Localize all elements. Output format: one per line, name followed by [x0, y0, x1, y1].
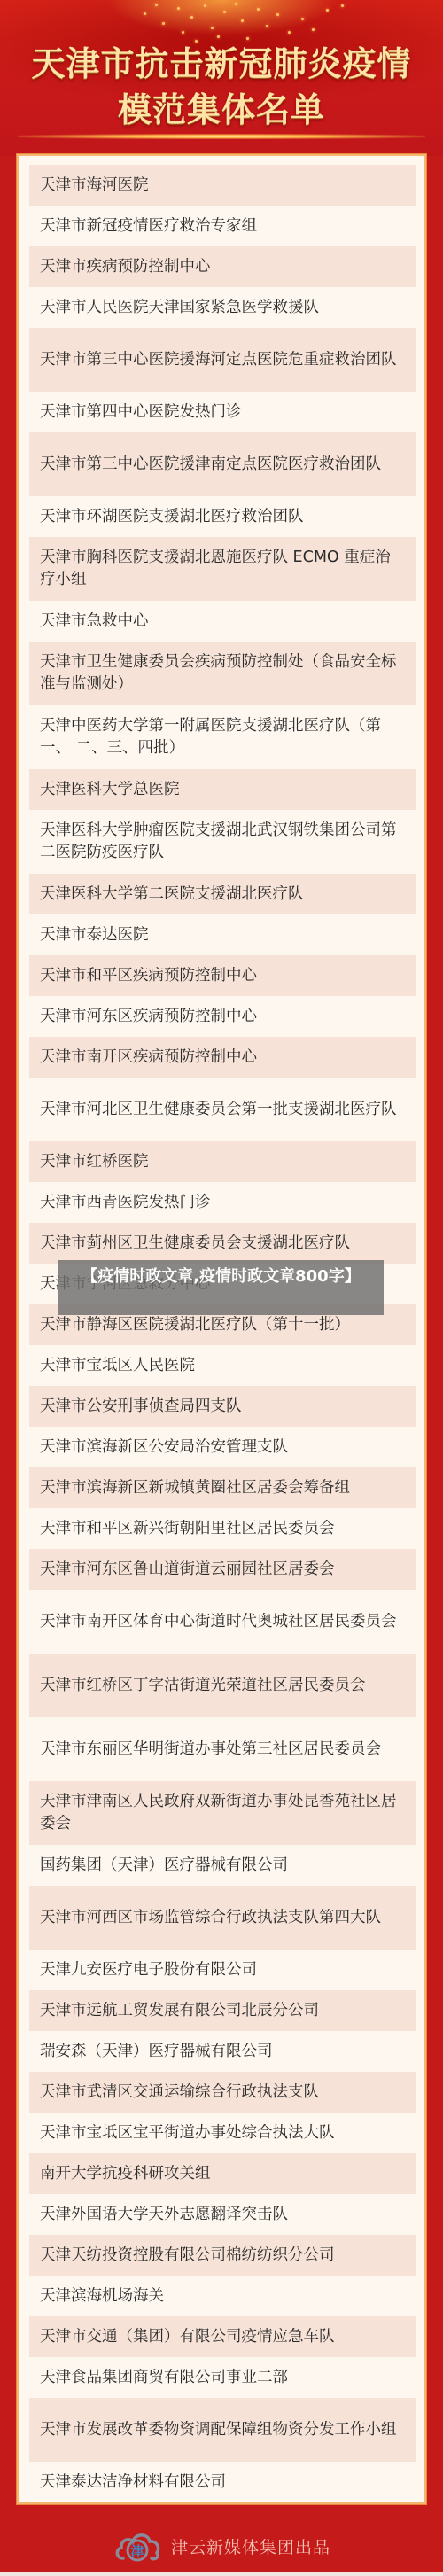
list-item-label: 天津市宝坻区宝平街道办事处综合执法大队 — [40, 2122, 335, 2144]
list-item-label: 天津市发展改革委物资调配保障组物资分发工作小组 — [40, 2419, 397, 2441]
list-item: 天津中医药大学第一附属医院支援湖北医疗队（第一、 二、三、四批） — [29, 705, 416, 769]
list-item-label: 天津九安医疗电子股份有限公司 — [40, 1959, 257, 1981]
list-item-label: 天津市人民医院天津国家紧急医学救援队 — [40, 297, 319, 319]
jinyun-cloud-logo-icon: 津 — [113, 2528, 162, 2565]
list-item-label: 天津医科大学肿瘤医院支援湖北武汉钢铁集团公司第二医院防疫医疗队 — [40, 820, 405, 864]
list-item: 天津食品集团商贸有限公司事业二部 — [29, 2357, 416, 2398]
list-item: 天津市和平区新兴街朝阳里社区居民委员会 — [29, 1508, 416, 1549]
list-item-label: 天津市远航工贸发展有限公司北辰分公司 — [40, 2000, 319, 2022]
list-item-label: 天津市新冠疫情医疗救治专家组 — [40, 215, 257, 237]
list-item: 天津市河东区疾病预防控制中心 — [29, 996, 416, 1037]
list-item-label: 天津市河东区鲁山道街道云丽园社区居委会 — [40, 1559, 335, 1581]
list-item-label: 南开大学抗疫科研攻关组 — [40, 2163, 211, 2185]
list-item-label: 天津市滨海新区公安局治安管理支队 — [40, 1436, 288, 1459]
list-item-label: 天津市和平区疾病预防控制中心 — [40, 965, 257, 987]
list-item-label: 天津市海河医院 — [40, 175, 149, 197]
header-banner: 天津市抗击新冠肺炎疫情 模范集体名单 — [0, 0, 443, 156]
list-item-label: 天津市疾病预防控制中心 — [40, 256, 211, 278]
list-item-label: 天津市河东区疾病预防控制中心 — [40, 1006, 257, 1028]
list-item-label: 天津市胸科医院支援湖北恩施医疗队 ECMO 重症治疗小组 — [40, 547, 405, 591]
list-item-label: 天津市河西区市场监管综合行政执法支队第四大队 — [40, 1907, 381, 1929]
list-item: 天津滨海机场海关 — [29, 2276, 416, 2316]
list-item: 天津市宝坻区人民医院 — [29, 1345, 416, 1386]
list-item-label: 天津食品集团商贸有限公司事业二部 — [40, 2367, 288, 2389]
honor-list-card: 天津市海河医院天津市新冠疫情医疗救治专家组天津市疾病预防控制中心天津市人民医院天… — [17, 154, 426, 2504]
list-item: 天津市新冠疫情医疗救治专家组 — [29, 206, 416, 246]
caption-overlay: 【疫情时政文章,疫情时政文章800字】 — [58, 1260, 384, 1315]
list-item-label: 天津市公安刑事侦查局四支队 — [40, 1396, 242, 1418]
list-item: 天津市环湖医院支援湖北医疗救治团队 — [29, 496, 416, 537]
list-item-label: 天津泰达洁净材料有限公司 — [40, 2471, 226, 2494]
list-item-label: 天津外国语大学天外志愿翻译突击队 — [40, 2204, 288, 2226]
list-item-label: 天津滨海机场海关 — [40, 2285, 164, 2308]
list-item: 天津市急救中心 — [29, 601, 416, 642]
page-title-line1: 天津市抗击新冠肺炎疫情 — [0, 43, 443, 85]
list-item-label: 天津市第三中心医院援津南定点医院医疗救治团队 — [40, 454, 381, 476]
list-item-label: 天津市红桥医院 — [40, 1151, 149, 1173]
list-item-label: 天津市卫生健康委员会疾病预防控制处（食品安全标准与监测处） — [40, 651, 405, 696]
list-item: 天津市武清区交通运输综合行政执法支队 — [29, 2072, 416, 2113]
list-item: 天津市东丽区华明街道办事处第三社区居民委员会 — [29, 1717, 416, 1781]
svg-text:津: 津 — [130, 2543, 144, 2559]
list-item: 天津市蓟州区卫生健康委员会支援湖北医疗队 — [29, 1223, 416, 1264]
list-item: 天津市河东区鲁山道街道云丽园社区居委会 — [29, 1549, 416, 1590]
list-item-label: 天津市和平区新兴街朝阳里社区居民委员会 — [40, 1518, 335, 1540]
title-divider — [18, 134, 425, 139]
list-item: 天津市交通（集团）有限公司疫情应急车队 — [29, 2316, 416, 2357]
list-item: 天津泰达洁净材料有限公司 — [29, 2462, 416, 2502]
publisher-credit: 津云新媒体集团出品 — [171, 2534, 330, 2558]
list-item-label: 天津市交通（集团）有限公司疫情应急车队 — [40, 2326, 335, 2348]
list-item: 天津市海河医院 — [29, 165, 416, 206]
list-item: 天津市人民医院天津国家紧急医学救援队 — [29, 287, 416, 328]
list-item: 天津市滨海新区公安局治安管理支队 — [29, 1427, 416, 1467]
list-item: 天津市南开区疾病预防控制中心 — [29, 1037, 416, 1078]
list-item: 天津市泰达医院 — [29, 914, 416, 955]
list-item-label: 天津市第三中心医院援海河定点医院危重症救治团队 — [40, 349, 397, 371]
footer: 津 津云新媒体集团出品 — [0, 2517, 443, 2576]
list-item: 天津市疾病预防控制中心 — [29, 246, 416, 287]
list-item: 天津市卫生健康委员会疾病预防控制处（食品安全标准与监测处） — [29, 642, 416, 705]
list-item-label: 天津市津南区人民政府双新街道办事处昆香苑社区居委会 — [40, 1791, 405, 1835]
list-item-label: 天津市宝坻区人民医院 — [40, 1355, 195, 1377]
list-item-label: 天津医科大学总医院 — [40, 779, 180, 801]
list-item: 国药集团（天津）医疗器械有限公司 — [29, 1845, 416, 1886]
list-item: 南开大学抗疫科研攻关组 — [29, 2153, 416, 2194]
list-item: 天津医科大学第二医院支援湖北医疗队 — [29, 874, 416, 914]
bottom-edge — [0, 2572, 443, 2576]
list-item-label: 天津市静海区医院援湖北医疗队（第十一批） — [40, 1314, 350, 1336]
list-item-label: 天津市河北区卫生健康委员会第一批支援湖北医疗队 — [40, 1099, 397, 1121]
list-item: 天津市第三中心医院援海河定点医院危重症救治团队 — [29, 328, 416, 392]
list-item: 天津市宝坻区宝平街道办事处综合执法大队 — [29, 2113, 416, 2153]
list-item: 天津外国语大学天外志愿翻译突击队 — [29, 2194, 416, 2235]
list-item: 天津市发展改革委物资调配保障组物资分发工作小组 — [29, 2398, 416, 2462]
list-item: 天津市红桥医院 — [29, 1141, 416, 1182]
list-item-label: 天津市西青医院发热门诊 — [40, 1192, 211, 1214]
list-item-label: 天津市红桥区丁字沽街道光荣道社区居民委员会 — [40, 1675, 366, 1697]
list-item-label: 天津天纺投资控股有限公司棉纺纺织分公司 — [40, 2245, 335, 2267]
list-item: 天津市西青医院发热门诊 — [29, 1182, 416, 1223]
list-item-label: 天津市南开区疾病预防控制中心 — [40, 1047, 257, 1069]
list-item: 天津市远航工贸发展有限公司北辰分公司 — [29, 1990, 416, 2031]
list-item-label: 天津市泰达医院 — [40, 924, 149, 946]
list-item: 天津市第三中心医院援津南定点医院医疗救治团队 — [29, 432, 416, 496]
list-item: 天津市公安刑事侦查局四支队 — [29, 1386, 416, 1427]
list-item-label: 天津市东丽区华明街道办事处第三社区居民委员会 — [40, 1739, 381, 1761]
list-item: 天津市滨海新区新城镇黄圈社区居委会筹备组 — [29, 1467, 416, 1508]
list-item-label: 天津市滨海新区新城镇黄圈社区居委会筹备组 — [40, 1477, 350, 1499]
list-item: 天津市胸科医院支援湖北恩施医疗队 ECMO 重症治疗小组 — [29, 537, 416, 601]
honor-list: 天津市海河医院天津市新冠疫情医疗救治专家组天津市疾病预防控制中心天津市人民医院天… — [29, 165, 416, 2502]
list-item: 天津市红桥区丁字沽街道光荣道社区居民委员会 — [29, 1654, 416, 1717]
list-item-label: 国药集团（天津）医疗器械有限公司 — [40, 1855, 288, 1877]
list-item-label: 天津市急救中心 — [40, 611, 149, 633]
page-title-line2: 模范集体名单 — [0, 89, 443, 131]
list-item: 天津九安医疗电子股份有限公司 — [29, 1950, 416, 1990]
list-item-label: 天津市南开区体育中心街道时代奥城社区居民委员会 — [40, 1611, 397, 1633]
list-item: 天津市津南区人民政府双新街道办事处昆香苑社区居委会 — [29, 1781, 416, 1845]
list-item-label: 天津市武清区交通运输综合行政执法支队 — [40, 2082, 319, 2104]
list-item: 天津医科大学总医院 — [29, 769, 416, 810]
list-item-label: 天津市蓟州区卫生健康委员会支援湖北医疗队 — [40, 1233, 350, 1255]
list-item-label: 天津市第四中心医院发热门诊 — [40, 401, 242, 424]
list-item: 天津天纺投资控股有限公司棉纺纺织分公司 — [29, 2235, 416, 2276]
list-item-label: 天津医科大学第二医院支援湖北医疗队 — [40, 883, 304, 906]
list-item-label: 瑞安森（天津）医疗器械有限公司 — [40, 2041, 273, 2063]
list-item: 天津市南开区体育中心街道时代奥城社区居民委员会 — [29, 1590, 416, 1654]
list-item: 天津市河北区卫生健康委员会第一批支援湖北医疗队 — [29, 1078, 416, 1141]
list-item: 天津医科大学肿瘤医院支援湖北武汉钢铁集团公司第二医院防疫医疗队 — [29, 810, 416, 874]
list-item: 天津市第四中心医院发热门诊 — [29, 392, 416, 432]
list-item: 瑞安森（天津）医疗器械有限公司 — [29, 2031, 416, 2072]
list-item: 天津市和平区疾病预防控制中心 — [29, 955, 416, 996]
list-item-label: 天津市环湖医院支援湖北医疗救治团队 — [40, 506, 304, 528]
list-item-label: 天津中医药大学第一附属医院支援湖北医疗队（第一、 二、三、四批） — [40, 715, 405, 759]
list-item: 天津市河西区市场监管综合行政执法支队第四大队 — [29, 1886, 416, 1950]
